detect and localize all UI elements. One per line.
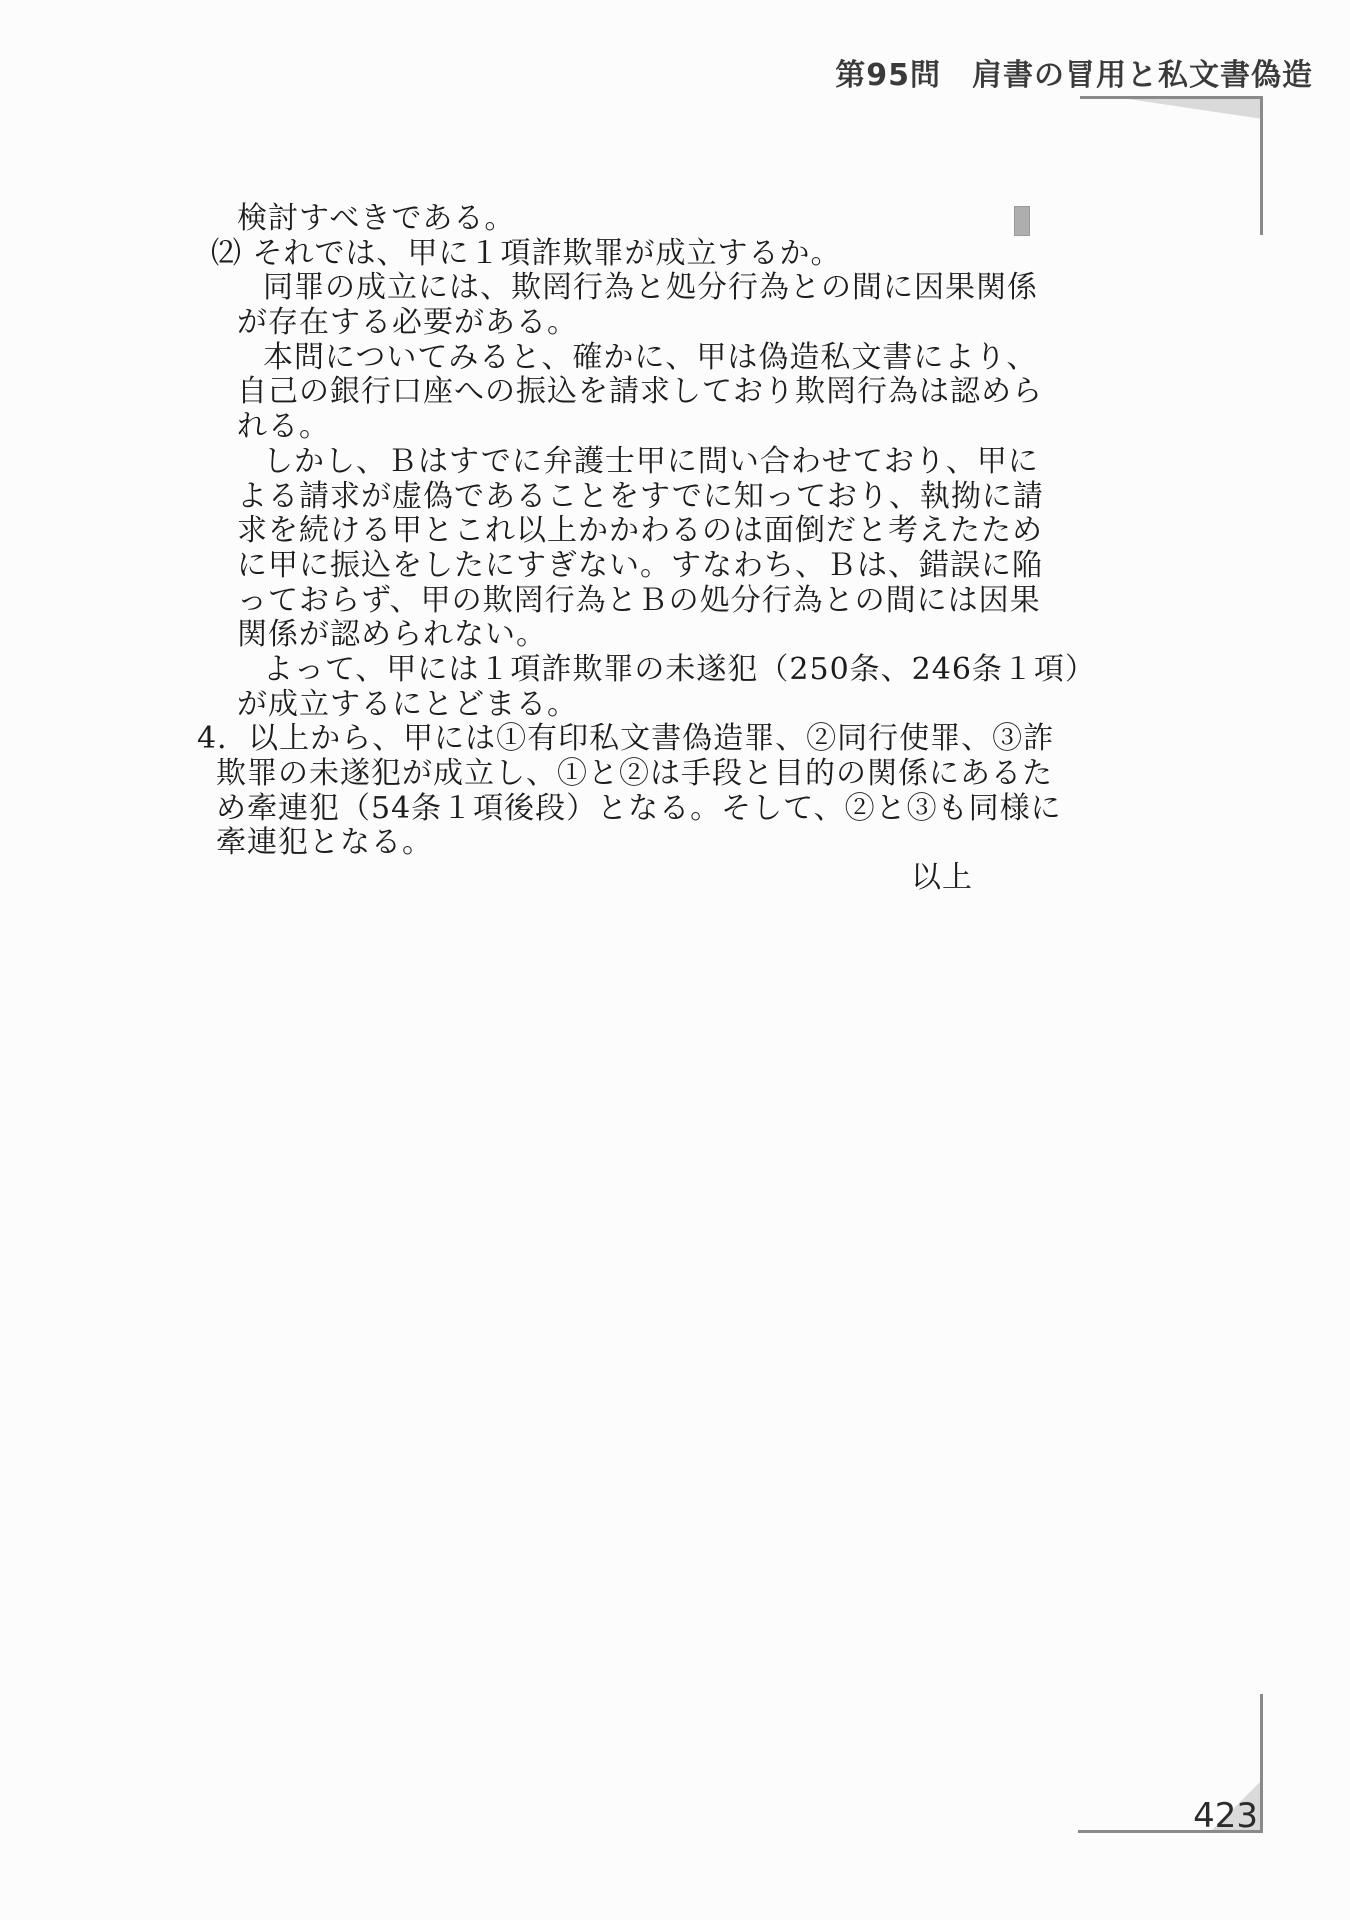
answer-line: ⑵ それでは、甲に１項詐欺罪が成立するか。 xyxy=(0,237,1350,272)
answer-line: 本問についてみると、確かに、甲は偽造私文書により、 xyxy=(0,341,1350,376)
answer-line: 牽連犯となる。 xyxy=(0,826,1350,861)
answer-line: め牽連犯（54条１項後段）となる。そして、②と③も同様に xyxy=(0,792,1350,827)
header-rule xyxy=(1080,96,1263,99)
answer-line: しかし、Ｂはすでに弁護士甲に問い合わせており、甲に xyxy=(0,445,1350,480)
answer-line: 求を続ける甲とこれ以上かかわるのは面倒だと考えたため xyxy=(0,514,1350,549)
corner-fold-top-icon xyxy=(1128,99,1263,119)
answer-line: 関係が認められない。 xyxy=(0,618,1350,653)
answer-line: 欺罪の未遂犯が成立し、①と②は手段と目的の関係にあるた xyxy=(0,757,1350,792)
page-header-title: 第95問 肩書の冒用と私文書偽造 xyxy=(835,50,1313,94)
answer-line: っておらず、甲の欺罔行為とＢの処分行為との間には因果 xyxy=(0,584,1350,619)
answer-line: れる。 xyxy=(0,410,1350,445)
answer-line: 同罪の成立には、欺罔行為と処分行為との間に因果関係 xyxy=(0,271,1350,306)
book-page: 第95問 肩書の冒用と私文書偽造 検討すべきである。 ⑵ それでは、甲に１項詐欺… xyxy=(0,0,1350,1920)
answer-line: に甲に振込をしたにすぎない。すなわち、Ｂは、錯誤に陥 xyxy=(0,549,1350,584)
answer-line: 4．以上から、甲には①有印私文書偽造罪、②同行使罪、③詐 xyxy=(0,722,1350,757)
answer-line: 検討すべきである。 xyxy=(0,202,1350,237)
answer-text-block: 検討すべきである。 ⑵ それでは、甲に１項詐欺罪が成立するか。 同罪の成立には、… xyxy=(0,202,1350,896)
answer-line: が成立するにとどまる。 xyxy=(0,688,1350,723)
page-edge-line-bottom xyxy=(1260,1694,1263,1833)
answer-line: が存在する必要がある。 xyxy=(0,306,1350,341)
answer-line: よる請求が虚偽であることをすでに知っており、執拗に請 xyxy=(0,480,1350,515)
answer-line: 自己の銀行口座への振込を請求しており欺罔行為は認めら xyxy=(0,375,1350,410)
page-number: 423 xyxy=(1185,1796,1258,1836)
answer-end-marker: 以上 xyxy=(0,861,1350,896)
answer-line: よって、甲には１項詐欺罪の未遂犯（250条、246条１項） xyxy=(0,653,1350,688)
